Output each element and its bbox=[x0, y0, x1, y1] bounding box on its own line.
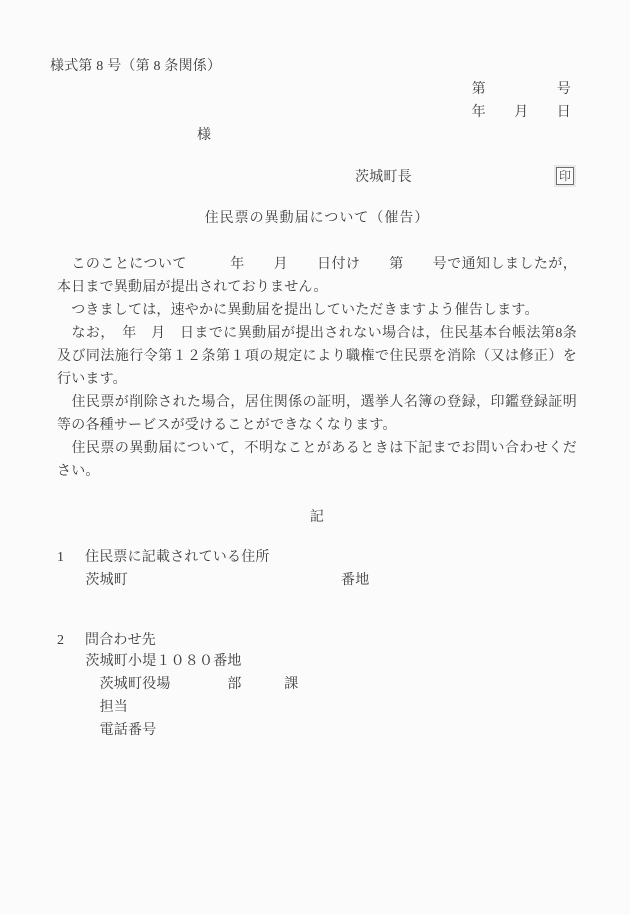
item-number: 2 bbox=[57, 629, 85, 652]
body-text: このことについて 年 月 日付け 第 号で通知しましたが，本日まで異動届が提出さ… bbox=[57, 253, 577, 483]
sender-line: 茨城町長 印 bbox=[57, 166, 577, 189]
item-line-staff: 担当 bbox=[57, 698, 577, 721]
date-line: 年 月 日 bbox=[57, 101, 571, 124]
record-marker: 記 bbox=[57, 506, 577, 529]
document-title: 住民票の異動届について（催告） bbox=[57, 207, 577, 230]
doc-number-line: 第 号 bbox=[57, 78, 571, 101]
item-line-phone: 電話番号 bbox=[57, 721, 577, 744]
item-number: 1 bbox=[57, 546, 85, 569]
seal-stamp: 印 bbox=[556, 167, 574, 185]
paragraph-notice: このことについて 年 月 日付け 第 号で通知しましたが，本日まで異動届が提出さ… bbox=[57, 253, 577, 299]
header-right-block: 第 号 年 月 日 bbox=[57, 78, 577, 124]
item-line-address: 茨城町小堤１０８０番地 bbox=[57, 652, 577, 675]
paragraph-request: つきましては，速やかに異動届を提出していただきますよう催告します。 bbox=[57, 299, 577, 322]
item-line-office: 茨城町役場 部 課 bbox=[57, 675, 577, 698]
paragraph-contact-note: 住民票の異動届について，不明なことがあるときは下記までお問い合わせください。 bbox=[57, 437, 577, 483]
list-item-contact: 2問合わせ先 茨城町小堤１０８０番地 茨城町役場 部 課 担当 電話番号 bbox=[57, 629, 577, 744]
paragraph-legal: なお， 年 月 日までに異動届が提出されない場合は，住民基本台帳法第8条及び同法… bbox=[57, 322, 577, 391]
item-heading: 2問合わせ先 bbox=[57, 629, 577, 652]
recipient-honorific: 様 bbox=[57, 124, 577, 147]
document-page: 様式第 8 号（第 8 条関係） 第 号 年 月 日 様 茨城町長 印 住民票の… bbox=[0, 0, 630, 915]
item-label: 住民票に記載されている住所 bbox=[85, 550, 270, 565]
sender-title: 茨城町長 bbox=[355, 170, 412, 185]
item-line: 茨城町 番地 bbox=[57, 569, 577, 592]
item-heading: 1住民票に記載されている住所 bbox=[57, 546, 577, 569]
form-number: 様式第 8 号（第 8 条関係） bbox=[50, 55, 577, 78]
item-label: 問合わせ先 bbox=[85, 633, 156, 648]
paragraph-consequence: 住民票が削除された場合，居住関係の証明，選挙人名簿の登録，印鑑登録証明等の各種サ… bbox=[57, 391, 577, 437]
list-item-address: 1住民票に記載されている住所 茨城町 番地 bbox=[57, 546, 577, 592]
